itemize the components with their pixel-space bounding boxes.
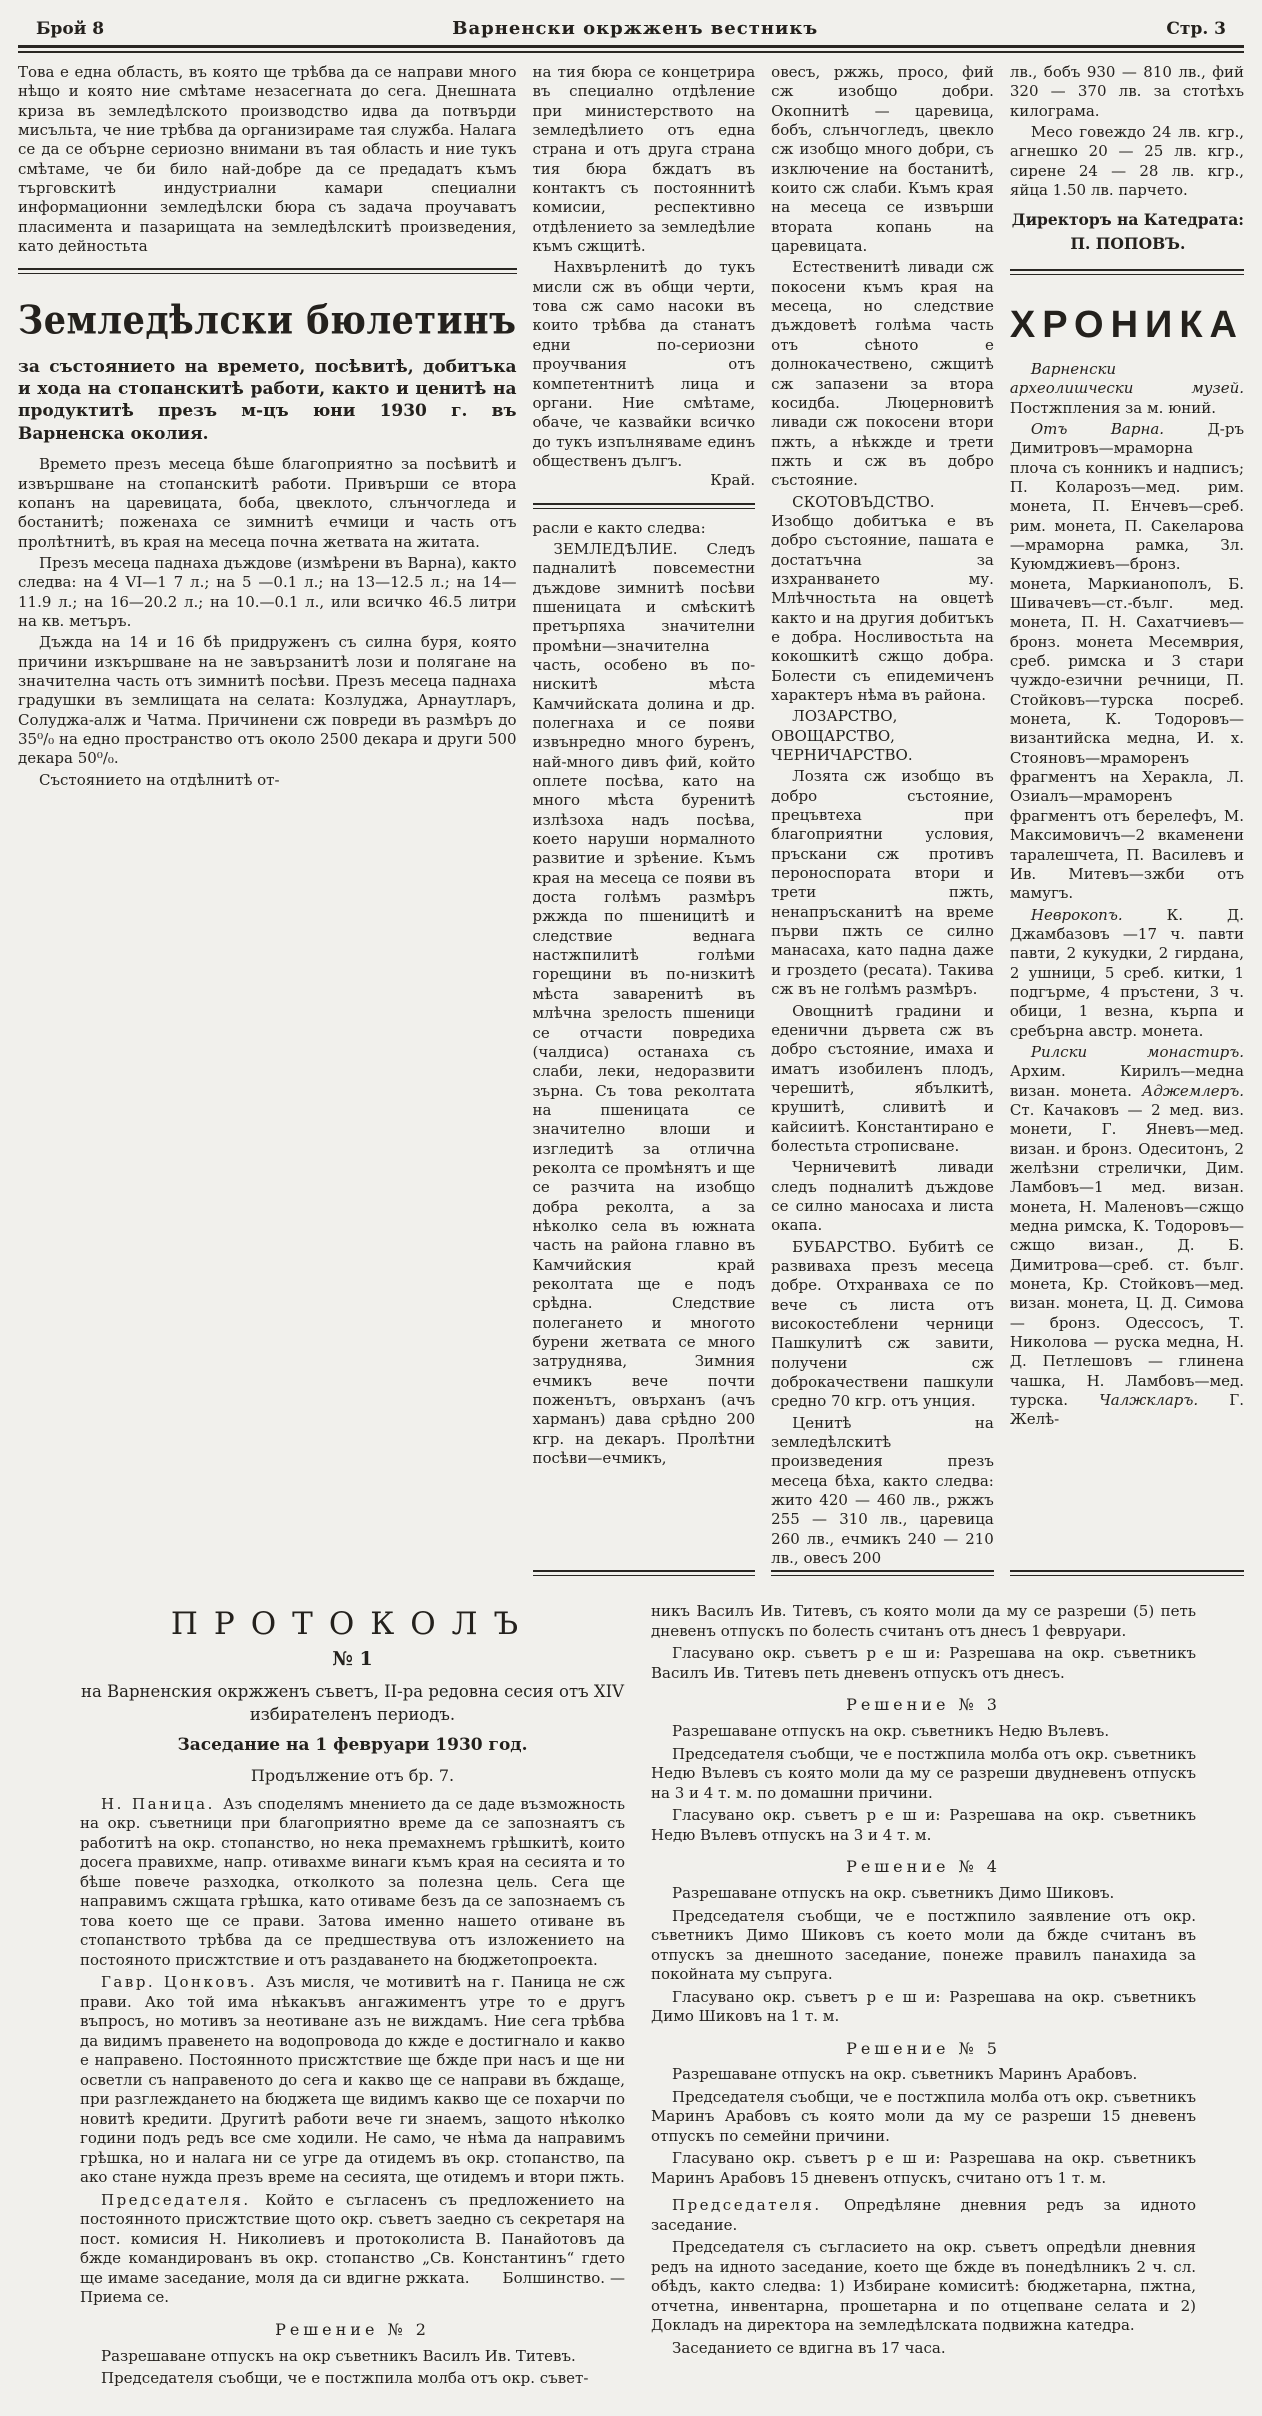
paragraph: Ценитѣ на земледѣлскитѣ произведения пре…: [771, 1414, 994, 1569]
chronicle-lead: Варненски археолишчески музей.: [1010, 360, 1244, 397]
protocol-continuation-note: Продължение отъ бр. 7.: [80, 1766, 625, 1787]
paragraph: БУБАРСТВО. Бубитѣ се развиваха презъ мес…: [771, 1238, 994, 1412]
paragraph: Времето презъ месеца бѣше благоприятно з…: [18, 455, 517, 552]
section-rule: [533, 1570, 756, 1576]
chronicle-lead: Неврокопъ.: [1031, 906, 1167, 924]
page-number: Стр. 3: [1166, 19, 1226, 39]
section-rule: [771, 1570, 994, 1576]
protocol-number: № 1: [80, 1647, 625, 1672]
paragraph: расли е както следва:: [533, 519, 756, 538]
protocol-section: ПРОТОКОЛЪ № 1 на Варненския окржженъ съв…: [18, 1602, 1244, 2391]
masthead-row: Брой 8 Варненски окржженъ вестникъ Стр. …: [18, 16, 1244, 45]
paragraph: Рилски монастиръ. Архим. Кирилъ—медна ви…: [1010, 1043, 1244, 1430]
chronicle-title: ХРОНИКА: [1010, 301, 1244, 350]
paragraph: Нахвърленитѣ до тукъ мисли сж въ общи че…: [533, 258, 756, 490]
decision-heading: Решение № 3: [651, 1695, 1196, 1716]
paragraph: Председателя. Опредѣляне дневния редъ за…: [651, 2196, 1196, 2235]
paragraph: Неврокопъ. К. Д. Джамбазовъ —17 ч. павти…: [1010, 906, 1244, 1041]
chronicle-text: Постжпления за м. юний.: [1010, 399, 1216, 417]
paragraph: лв., бобъ 930 — 810 лв., фий 320 — 370 л…: [1010, 63, 1244, 121]
speech-text: Азъ споделямъ мнението да се даде възмож…: [80, 1795, 625, 1969]
paragraph: ЛОЗАРСТВО, ОВОЩАРСТВО, ЧЕРНИЧАРСТВО.: [771, 707, 994, 765]
paragraph: СКОТОВЪДСТВО. Изобщо добитъка е въ добро…: [771, 493, 994, 706]
chronicle-lead: Рилски монастиръ.: [1031, 1043, 1244, 1061]
paragraph: Разрешаване отпускъ на окр съветникъ Вас…: [80, 2347, 625, 2367]
paragraph: Председателя съобщи, че е постжпила молб…: [651, 2088, 1196, 2147]
chronicle-lead: Аджемлеръ.: [1142, 1082, 1244, 1100]
protocol-right-column: никъ Василъ Ив. Титевъ, съ която моли да…: [651, 1602, 1196, 2391]
paragraph: Овощнитѣ градини и еденични дървета сж в…: [771, 1002, 994, 1157]
newspaper-title: Варненски окржженъ вестникъ: [452, 18, 818, 39]
speaker-name: Н. Паница.: [101, 1795, 223, 1813]
end-mark: Край.: [679, 471, 755, 490]
paragraph: Гавр. Цонковъ. Азъ мисля, че мотивитѣ на…: [80, 1973, 625, 2188]
paragraph: Отъ Варна. Д-ръ Димитровъ—мраморна плоча…: [1010, 420, 1244, 904]
paragraph: Месо говеждо 24 лв. кгр., агнешко 20 — 2…: [1010, 123, 1244, 200]
paragraph: Разрешаване отпускъ на окр. съветникъ Ма…: [651, 2065, 1196, 2085]
column-1: Това е една область, въ която ще трѣбва …: [18, 63, 517, 1586]
chronicle-text: Ст. Качаковъ — 2 мед. виз. монети, Г. Ян…: [1010, 1101, 1244, 1409]
paragraph: Председателя съобщи, че е постжпило заяв…: [651, 1907, 1196, 1985]
column-3: овесъ, ржжь, просо, фий сж изобщо добри.…: [771, 63, 994, 1586]
paragraph: Презъ месеца паднаха дъждове (измѣрени в…: [18, 554, 517, 631]
paragraph: Естественитѣ ливади сж покосени къмъ кра…: [771, 258, 994, 490]
paragraph: овесъ, ржжь, просо, фий сж изобщо добри.…: [771, 63, 994, 256]
signature-role: Директоръ на Катедрата:: [1012, 208, 1244, 231]
chronicle-text: Д-ръ Димитровъ—мраморна плоча съ конникъ…: [1010, 420, 1244, 902]
signature-block: Директоръ на Катедрата: П. ПОПОВЪ.: [1012, 208, 1244, 255]
paragraph: на тия бюра се концетрира въ специално о…: [533, 63, 756, 256]
protocol-left-column: ПРОТОКОЛЪ № 1 на Варненския окржженъ съв…: [80, 1602, 625, 2391]
paragraph: Състоянието на отдѣлнитѣ от-: [18, 771, 517, 790]
paragraph: ЗЕМЛЕДѢЛИЕ. Следъ падналитѣ повсеместни …: [533, 540, 756, 1469]
paragraph: Н. Паница. Азъ споделямъ мнението да се …: [80, 1795, 625, 1971]
decision-heading: Решение № 5: [651, 2039, 1196, 2060]
paragraph: Гласувано окр. съветъ р е ш и: Разрешава…: [651, 2149, 1196, 2188]
top-section: Това е една область, въ която ще трѣбва …: [18, 63, 1244, 1586]
speech-text: Азъ мисля, че мотивитѣ на г. Паница не с…: [80, 1973, 625, 2186]
paragraph: Председателя съобщи, че е постжпила молб…: [80, 2369, 625, 2389]
chronicle-lead: Чалжкларъ.: [1099, 1391, 1229, 1409]
paragraph: Гласувано окр. съветъ р е ш и: Разрешава…: [651, 1806, 1196, 1845]
paragraph: Лозята сж изобщо въ добро състояние, пре…: [771, 767, 994, 999]
decision-heading: Решение № 4: [651, 1857, 1196, 1878]
paragraph: Заседанието се вдигна въ 17 часа.: [651, 2339, 1196, 2359]
paragraph: Гласувано окр. съветъ р е ш и: Разрешава…: [651, 1988, 1196, 2027]
paragraph-text: Нахвърленитѣ до тукъ мисли сж въ общи че…: [533, 258, 756, 469]
paragraph: Председателя съ съгласието на окр. съвет…: [651, 2238, 1196, 2336]
chronicle-text: К. Д. Джамбазовъ —17 ч. павти павти, 2 к…: [1010, 906, 1244, 1040]
newspaper-page: Брой 8 Варненски окржженъ вестникъ Стр. …: [0, 0, 1262, 2416]
speaker-name: Председателя.: [101, 2191, 265, 2209]
decision-heading: Решение № 2: [80, 2320, 625, 2341]
chronicle-lead: Отъ Варна.: [1031, 420, 1208, 438]
paragraph: Гласувано окр. съветъ р е ш и: Разрешава…: [651, 1644, 1196, 1683]
paragraph: Председателя. Който е съгласенъ съ предл…: [80, 2191, 625, 2308]
section-rule: [1010, 269, 1244, 275]
paragraph: Разрешаване отпускъ на окр. съветникъ Ди…: [651, 1884, 1196, 1904]
paragraph: Варненски археолишчески музей. Постжплен…: [1010, 360, 1244, 418]
section-rule: [18, 268, 517, 274]
paragraph: Разрешаване отпускъ на окр. съветникъ Не…: [651, 1722, 1196, 1742]
column-2: на тия бюра се концетрира въ специално о…: [533, 63, 756, 1586]
section-rule: [1010, 1570, 1244, 1576]
column-4: лв., бобъ 930 — 810 лв., фий 320 — 370 л…: [1010, 63, 1244, 1586]
header-rule: [18, 45, 1244, 53]
paragraph: никъ Василъ Ив. Титевъ, съ която моли да…: [651, 1602, 1196, 1641]
paragraph: Това е една область, въ която ще трѣбва …: [18, 63, 517, 256]
paragraph: Дъжда на 14 и 16 бѣ придруженъ съ силна …: [18, 633, 517, 768]
section-rule: [533, 503, 756, 509]
paragraph: Председателя съобщи, че е постжпила молб…: [651, 1745, 1196, 1804]
bulletin-subtitle: за състоянието на времето, посѣвитѣ, доб…: [18, 356, 517, 446]
protocol-title: ПРОТОКОЛЪ: [80, 1604, 625, 1644]
speaker-name: Председателя.: [672, 2196, 844, 2214]
protocol-session-date: Заседание на 1 февруари 1930 год.: [80, 1734, 625, 1756]
signature-name: П. ПОПОВЪ.: [1012, 232, 1244, 255]
protocol-subtitle: на Варненския окржженъ съветъ, II-ра ред…: [80, 1681, 625, 1726]
paragraph: Черничевитѣ ливади следъ подналитѣ дъждо…: [771, 1158, 994, 1235]
speaker-name: Гавр. Цонковъ.: [101, 1973, 266, 1991]
bulletin-title: Земледѣлски бюлетинъ: [18, 296, 517, 347]
issue-number: Брой 8: [36, 19, 104, 39]
